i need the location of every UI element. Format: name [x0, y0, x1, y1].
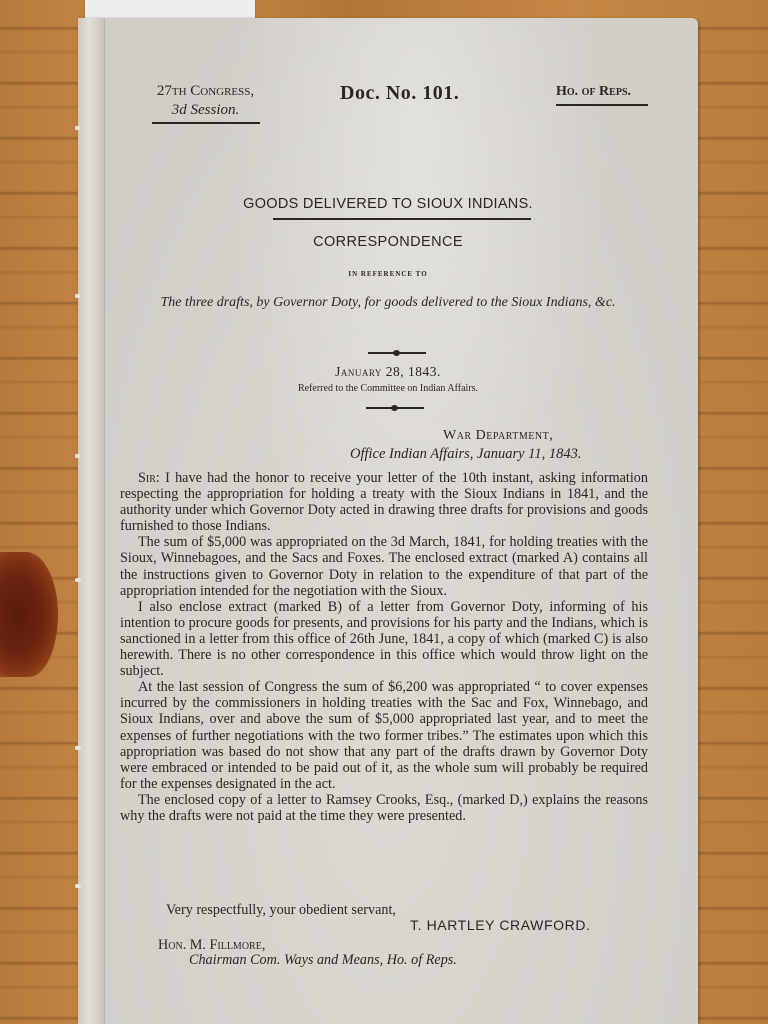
document-content: 27th Congress, 3d Session. Doc. No. 101.…	[78, 18, 698, 1024]
letter-body: Sir: I have had the honor to receive you…	[120, 470, 648, 824]
house-label: Ho. of Reps.	[556, 84, 648, 100]
letter-paragraph: The enclosed copy of a letter to Ramsey …	[120, 792, 648, 824]
letter-paragraph: The sum of $5,000 was appropriated on th…	[120, 534, 648, 598]
header-rule-right	[556, 104, 648, 106]
document-title: GOODS DELIVERED TO SIOUX INDIANS.	[78, 196, 698, 212]
title-rule	[273, 218, 531, 220]
letter-department: War Department,	[443, 428, 553, 444]
letter-office-date: Office Indian Affairs, January 11, 1843.	[350, 446, 581, 463]
salutation: Sir:	[138, 470, 160, 486]
doc-number: Doc. No. 101.	[340, 82, 459, 105]
letter-closing: Very respectfully, your obedient servant…	[166, 902, 396, 919]
letter-paragraph: Sir: I have had the honor to receive you…	[120, 470, 648, 534]
letter-signature: T. HARTLEY CRAWFORD.	[410, 917, 591, 933]
referral-note: Referred to the Committee on Indian Affa…	[78, 383, 698, 394]
wood-knot	[0, 552, 58, 677]
document-date: January 28, 1843.	[78, 364, 698, 380]
addressee-title: Chairman Com. Ways and Means, Ho. of Rep…	[189, 952, 457, 969]
session-label: 3d Session.	[148, 101, 263, 120]
document-page: 27th Congress, 3d Session. Doc. No. 101.…	[78, 18, 698, 1024]
subject-line: The three drafts, by Governor Doty, for …	[78, 294, 698, 311]
in-reference-to: IN REFERENCE TO	[78, 270, 698, 278]
house-block: Ho. of Reps.	[556, 84, 648, 106]
congress-session-block: 27th Congress, 3d Session.	[148, 82, 263, 124]
ornament-divider	[366, 407, 424, 409]
header-rule-left	[152, 122, 260, 124]
congress-label: 27th Congress,	[148, 82, 263, 101]
document-subtitle: CORRESPONDENCE	[78, 234, 698, 250]
letter-paragraph: At the last session of Congress the sum …	[120, 679, 648, 792]
letter-paragraph: I also enclose extract (marked B) of a l…	[120, 599, 648, 679]
ornament-divider	[368, 352, 426, 354]
